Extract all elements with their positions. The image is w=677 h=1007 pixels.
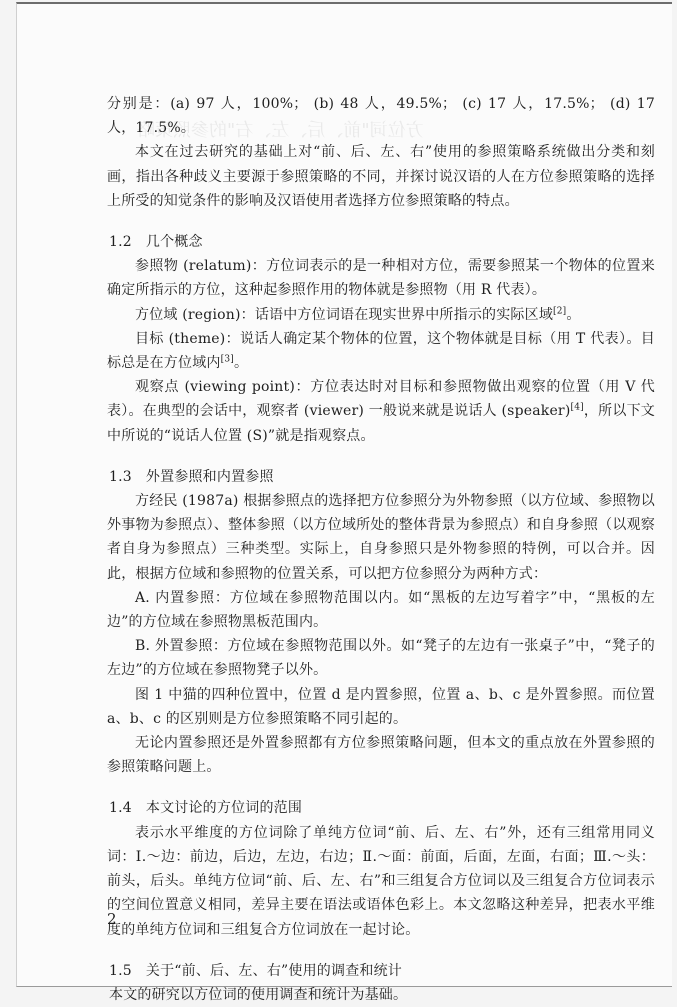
paragraph-focus: 无论内置参照还是外置参照都有方位参照策略问题，但本文的重点放在外置参照的参照策略… [107,731,655,779]
section-title: 本文讨论的方位词的范围 [146,800,302,816]
section-heading-1-2: 1.2几个概念 [107,230,655,254]
section-number: 1.4 [109,800,132,816]
paragraph-survey-basis: 本文的研究以方位词的使用调查和统计为基础。 [107,983,655,993]
section-heading-1-3: 1.3外置参照和内置参照 [107,465,655,489]
book-page: 方位词"前、后、左、右"的参照策略 分别是：(a) 97 人，100%； (b)… [16,2,672,987]
paragraph-internal-reference: A. 内置参照：方位域在参照物范围以内。如“黑板的左边写着字”中，“黑板的左边”… [107,586,655,634]
paragraph-external-reference: B. 外置参照：方位域在参照物范围以外。如“凳子的左边有一张桌子”中，“凳子的左… [107,634,655,682]
section-number: 1.2 [109,234,132,250]
page-body: 分别是：(a) 97 人，100%； (b) 48 人，49.5%； (c) 1… [107,92,655,993]
page-number: 2 [107,910,117,928]
paragraph-intro: 本文在过去研究的基础上对“前、后、左、右”使用的参照策略系统做出分类和刻画，指出… [107,140,655,213]
paragraph-viewing-point: 观察点 (viewing point)：方位表达时对目标和参照物做出观察的位置（… [107,375,655,448]
section-heading-1-5: 1.5关于“前、后、左、右”使用的调查和统计 [107,959,655,983]
paragraph-theme: 目标 (theme)：说话人确定某个物体的位置，这个物体就是目标（用 T 代表）… [107,327,655,375]
paragraph-relatum: 参照物 (relatum)：方位词表示的是一种相对方位，需要参照某一个物体的位置… [107,254,655,302]
section-title: 几个概念 [146,234,203,250]
section-number: 1.3 [109,469,132,485]
footnote-ref[interactable]: [2] [553,306,566,316]
paragraph-scope: 表示水平维度的方位词除了单纯方位词“前、后、左、右”外，还有三组常用同义词：Ⅰ.… [107,821,655,942]
section-heading-1-4: 1.4本文讨论的方位词的范围 [107,796,655,820]
footnote-ref[interactable]: [3] [221,354,234,364]
paragraph-fang-jingmin: 方经民 (1987a) 根据参照点的选择把方位参照分为外物参照（以方位域、参照物… [107,489,655,586]
section-title: 外置参照和内置参照 [146,469,274,485]
paragraph-region: 方位域 (region)：话语中方位词语在现实世界中所指示的实际区域[2]。 [107,303,655,327]
section-number: 1.5 [109,963,132,979]
paragraph-figure-1: 图 1 中猫的四种位置中，位置 d 是内置参照，位置 a、b、c 是外置参照。而… [107,683,655,731]
paragraph-survey-results: 分别是：(a) 97 人，100%； (b) 48 人，49.5%； (c) 1… [107,92,655,140]
section-title: 关于“前、后、左、右”使用的调查和统计 [146,963,402,979]
footnote-ref[interactable]: [4] [570,403,583,413]
